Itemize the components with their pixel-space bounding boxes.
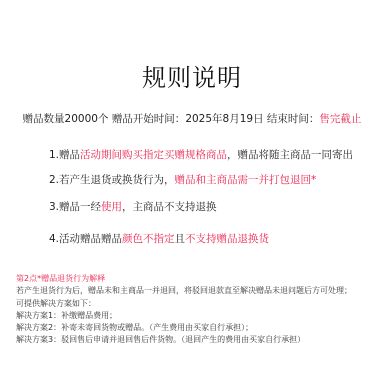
- rule-text: 3.赠品一经: [49, 201, 101, 213]
- end-label: 结束时间：: [267, 113, 320, 125]
- note-line: 解决方案3：驳回售后申请并退回售后件货物。（退回产生的费用由买家自行承担）: [16, 334, 352, 346]
- rule-text: 且: [175, 233, 186, 245]
- start-date: 2025年8月19日: [185, 113, 263, 125]
- note-heading: 第2点*赠品退货行为解释: [16, 273, 352, 285]
- gift-count: 赠品数量20000个: [23, 113, 109, 125]
- rule-highlight: 活动期间购买指定买赠规格商品: [80, 149, 227, 161]
- note-line: 解决方案1：补缴赠品费用；: [16, 310, 352, 322]
- note-line: 解决方案2：补寄未寄回货物或赠品。（产生费用由买家自行承担）；: [16, 322, 352, 334]
- gift-meta-line: 赠品数量20000个 赠品开始时间：2025年8月19日 结束时间：售完截止: [0, 111, 384, 126]
- rule-1: 1.赠品活动期间购买指定买赠规格商品，赠品将随主商品一同寄出: [49, 147, 353, 162]
- return-explanation-note: 第2点*赠品退货行为解释 若产生退货行为后，赠品未和主商品一并退回，将驳回退款直…: [16, 273, 352, 347]
- note-line: 若产生退货行为后，赠品未和主商品一并退回，将驳回退款直至解决赠品未退问题后方可处…: [16, 285, 352, 297]
- start-label: 赠品开始时间：: [112, 113, 186, 125]
- rule-text: ，赠品将随主商品一同寄出: [227, 149, 353, 161]
- rule-text: 1.赠品: [49, 149, 80, 161]
- rule-3: 3.赠品一经使用，主商品不支持退换: [49, 199, 217, 214]
- rule-highlight: 不支持赠品退换货: [185, 233, 269, 245]
- rule-highlight: 赠品和主商品需一并打包退回*: [175, 174, 317, 186]
- rule-4: 4.活动赠品赠品颜色不指定且不支持赠品退换货: [49, 231, 269, 246]
- rule-2: 2.若产生退货或换货行为，赠品和主商品需一并打包退回*: [49, 172, 316, 187]
- rule-highlight: 使用: [101, 201, 122, 213]
- rule-text: ，主商品不支持退换: [122, 201, 217, 213]
- note-line: 可提供解决方案如下：: [16, 298, 352, 310]
- end-value: 售完截止: [319, 113, 361, 125]
- page-title: 规则说明: [0, 58, 384, 93]
- rule-text: 2.若产生退货或换货行为，: [49, 174, 175, 186]
- rule-text: 4.活动赠品赠品: [49, 233, 122, 245]
- rule-highlight: 颜色不指定: [122, 233, 175, 245]
